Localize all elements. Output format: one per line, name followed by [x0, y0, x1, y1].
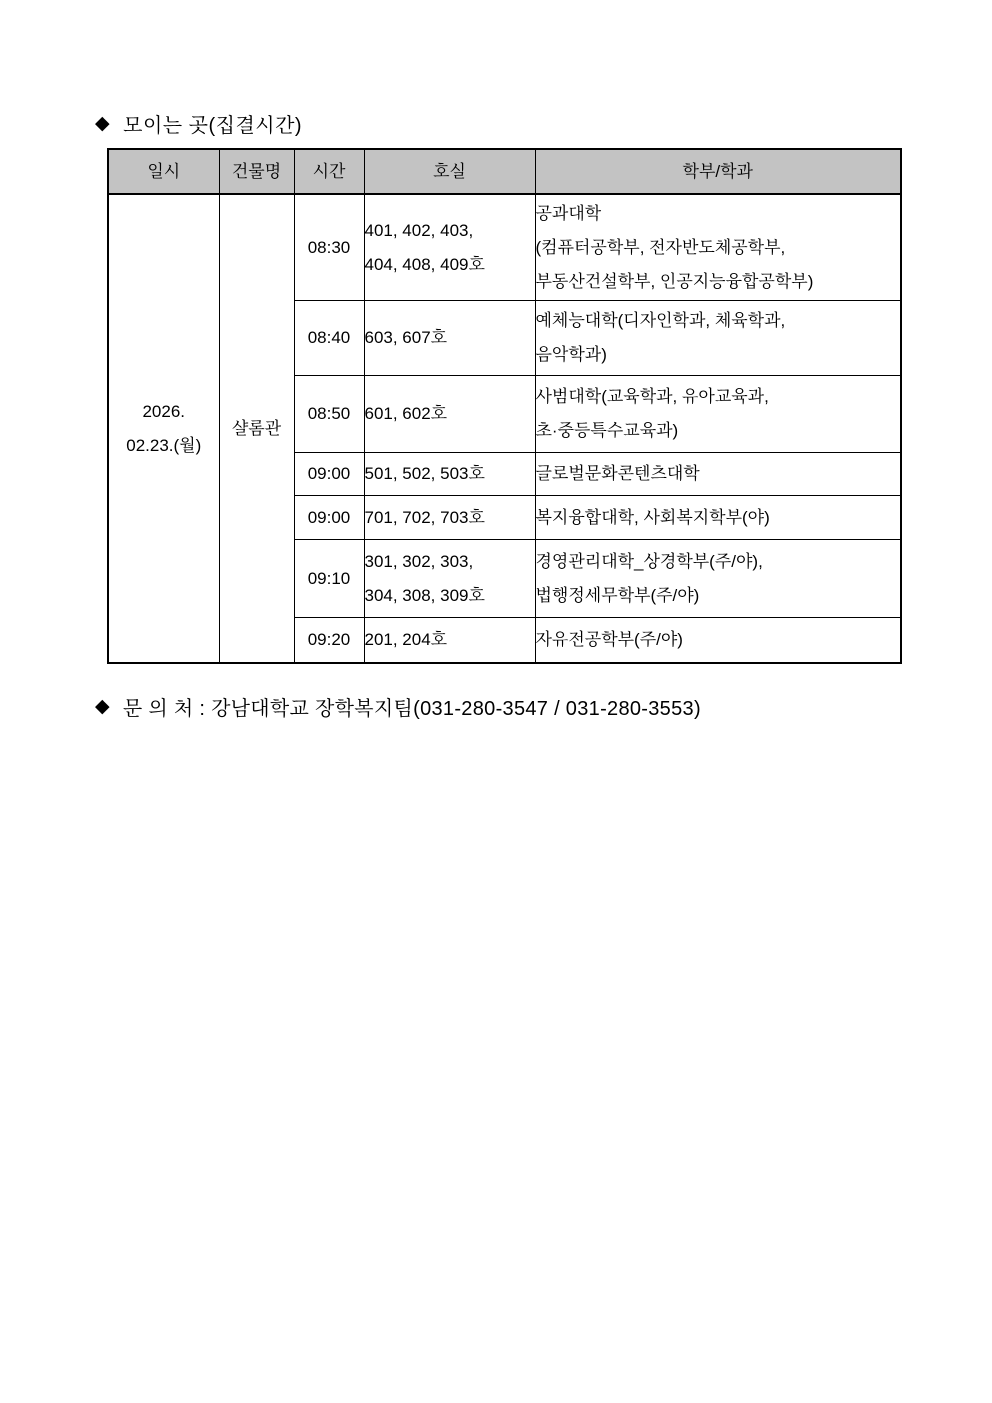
section-title-text: 모이는 곳(집결시간): [123, 109, 302, 138]
date-cell: 2026. 02.23.(월): [108, 194, 219, 663]
rooms-cell: 201, 204호: [364, 618, 535, 664]
department-cell: 사범대학(교육학과, 유아교육과, 초·중등특수교육과): [535, 376, 901, 453]
rooms-cell: 601, 602호: [364, 376, 535, 453]
building-cell: 샬롬관: [219, 194, 294, 663]
time-cell: 08:40: [294, 301, 364, 376]
header-room: 호실: [364, 149, 535, 194]
rooms-cell: 301, 302, 303, 304, 308, 309호: [364, 540, 535, 618]
rooms-cell: 501, 502, 503호: [364, 453, 535, 496]
department-cell: 자유전공학부(주/야): [535, 618, 901, 664]
time-cell: 08:30: [294, 194, 364, 301]
time-cell: 09:10: [294, 540, 364, 618]
department-cell: 복지융합대학, 사회복지학부(야): [535, 496, 901, 540]
diamond-bullet-icon: ◆: [95, 114, 110, 133]
table-row: 2026. 02.23.(월) 샬롬관 08:30 401, 402, 403,…: [108, 194, 901, 301]
rooms-cell: 401, 402, 403, 404, 408, 409호: [364, 194, 535, 301]
department-cell: 글로벌문화콘텐츠대학: [535, 453, 901, 496]
rooms-cell: 701, 702, 703호: [364, 496, 535, 540]
contact-info: ◆ 문 의 처 : 강남대학교 장학복지팀(031-280-3547 / 031…: [95, 692, 701, 721]
department-cell: 공과대학 (컴퓨터공학부, 전자반도체공학부, 부동산건설학부, 인공지능융합공…: [535, 194, 901, 301]
meeting-schedule-table: 일시 건물명 시간 호실 학부/학과 2026. 02.23.(월) 샬롬관 0…: [107, 148, 902, 664]
rooms-cell: 603, 607호: [364, 301, 535, 376]
header-department: 학부/학과: [535, 149, 901, 194]
header-time: 시간: [294, 149, 364, 194]
diamond-bullet-icon: ◆: [95, 697, 110, 716]
header-building: 건물명: [219, 149, 294, 194]
time-cell: 08:50: [294, 376, 364, 453]
department-cell: 경영관리대학_상경학부(주/야), 법행정세무학부(주/야): [535, 540, 901, 618]
document-page: ◆ 모이는 곳(집결시간) 일시 건물명 시간 호실 학부/학과 2026. 0…: [0, 0, 992, 1403]
time-cell: 09:00: [294, 496, 364, 540]
time-cell: 09:00: [294, 453, 364, 496]
department-cell: 예체능대학(디자인학과, 체육학과, 음악학과): [535, 301, 901, 376]
time-cell: 09:20: [294, 618, 364, 664]
section-title: ◆ 모이는 곳(집결시간): [95, 109, 302, 138]
header-date: 일시: [108, 149, 219, 194]
contact-text: 문 의 처 : 강남대학교 장학복지팀(031-280-3547 / 031-2…: [123, 692, 701, 721]
table-header-row: 일시 건물명 시간 호실 학부/학과: [108, 149, 901, 194]
